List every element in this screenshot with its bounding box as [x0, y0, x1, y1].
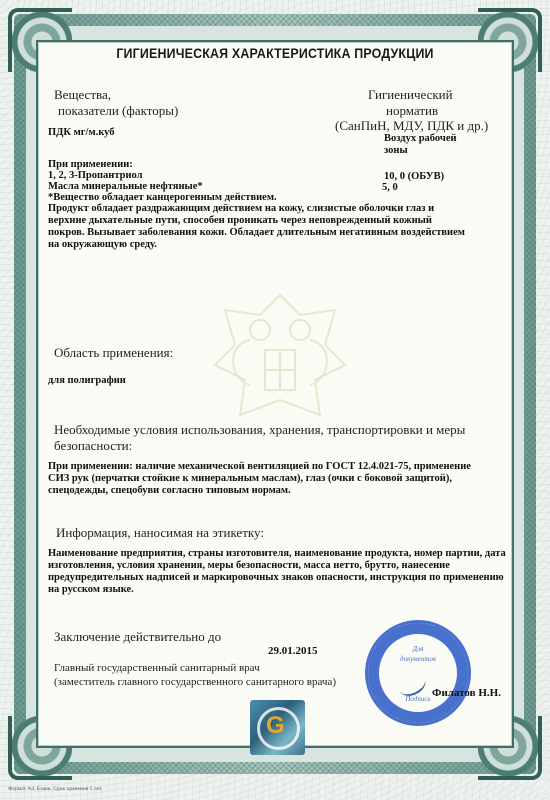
validity-label: Заключение действительно до: [54, 629, 221, 645]
norm-column-header-line1: Гигиенический: [368, 87, 453, 103]
hologram-glyph-icon: G: [266, 712, 285, 740]
conditions-value: При применении: наличие механической вен…: [48, 461, 493, 497]
coat-of-arms-watermark-icon: [205, 285, 355, 425]
application-area-label: Область применения:: [54, 345, 173, 361]
signatory-title-line2: (заместитель главного государственного с…: [54, 676, 336, 689]
validity-date: 29.01.2015: [268, 645, 318, 657]
norm-zone-line1: Воздух рабочей: [384, 133, 457, 145]
substances-column-header-line2: показатели (факторы): [58, 103, 178, 119]
conditions-label: Необходимые условия использования, хране…: [54, 422, 484, 454]
application-area-value: для полиграфии: [48, 375, 126, 387]
norm-column-header-line2: норматив: [386, 103, 438, 119]
substances-column-header-line1: Вещества,: [54, 87, 111, 103]
stamp-text: документов: [368, 655, 468, 663]
label-info-label: Информация, наносимая на этикетку:: [56, 525, 264, 541]
signatory-name: Филатов Н.Н.: [432, 687, 501, 699]
signatory-title-line1: Главный государственный санитарный врач: [54, 662, 260, 675]
official-stamp: Для документов Подпись: [365, 620, 471, 726]
pdk-label: ПДК мг/м.куб: [48, 127, 115, 139]
page-title: ГИГИЕНИЧЕСКАЯ ХАРАКТЕРИСТИКА ПРОДУКЦИИ: [22, 46, 528, 61]
substance-value: 5, 0: [382, 182, 398, 194]
form-footer-note: Формат А4. Бланк. Срок хранения 5 лет.: [8, 786, 102, 792]
stamp-text: Для: [368, 645, 468, 653]
norm-column-header-line3: (СанПиН, МДУ, ПДК и др.): [335, 118, 488, 134]
hazard-description: Продукт обладает раздражающим действием …: [48, 203, 468, 251]
label-info-value: Наименование предприятия, страны изготов…: [48, 548, 508, 596]
hologram-seal-icon: G: [250, 700, 305, 755]
norm-zone-line2: зоны: [384, 145, 408, 157]
